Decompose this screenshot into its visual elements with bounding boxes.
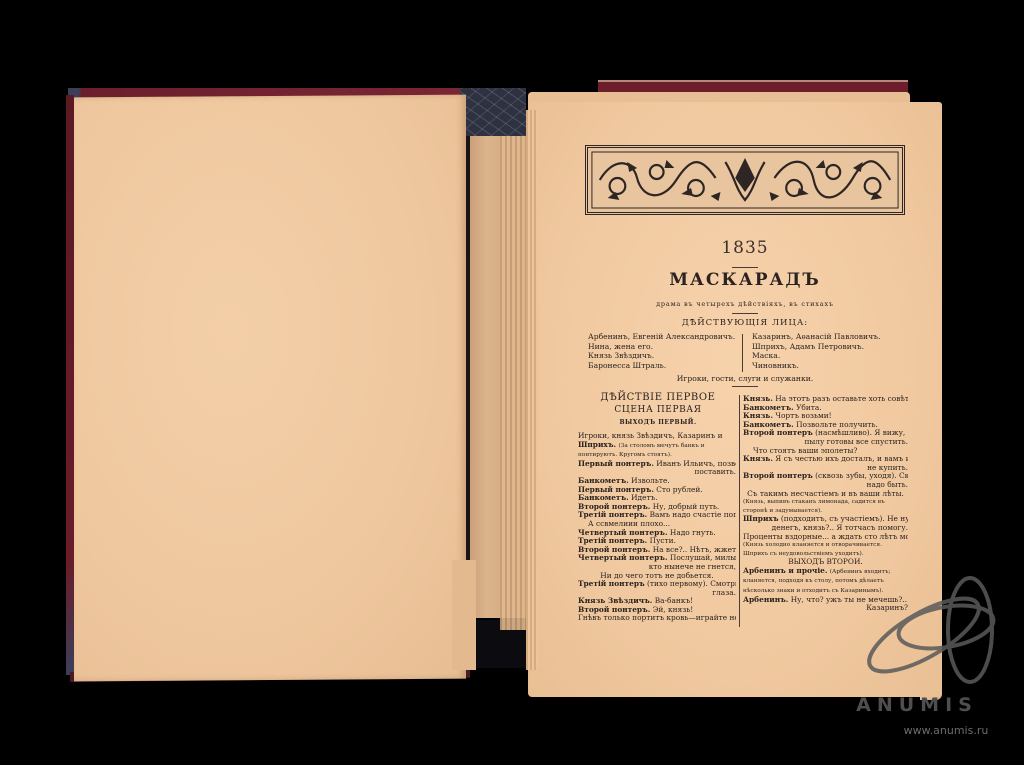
dialogue-line: Четвертый понтеръ. Надо гнуть.: [578, 529, 736, 538]
cast-heading: ДѢЙСТВУЮЩІЯ ЛИЦА:: [580, 318, 910, 328]
dialogue-line: (Князь, выпивъ стаканъ лимонада, садится…: [743, 498, 908, 515]
divider-rule: [732, 386, 758, 387]
column-divider: [739, 395, 740, 627]
line-text: На все?.. Нѣтъ, жжется!: [653, 546, 736, 554]
dialogue-line: Игроки, князь Звѣздичъ, Казаринъ и: [578, 432, 736, 441]
line-text: поставить.: [694, 468, 736, 476]
speaker-name: Третій понтеръ.: [578, 511, 647, 519]
speaker-name: Князь.: [743, 412, 773, 420]
line-text: (Князь холодно кланяется и отворачиваетс…: [743, 542, 882, 557]
line-text: (сквозь зубы, уходя). Скромнѣй бы: [815, 472, 908, 480]
dialogue-line: Третій понтеръ (тихо первому). Смотри во…: [578, 580, 736, 589]
dialogue-line: Второй понтеръ. На все?.. Нѣтъ, жжется!: [578, 546, 736, 555]
dialogue-line: денегъ, князь?.. Я тотчасъ помогу.: [743, 524, 908, 533]
line-text: не купить.: [867, 464, 908, 472]
line-text: пылу готовы все спустить.: [804, 438, 908, 446]
dialogue-line: Первый понтеръ. Иванъ Ильичъ, позвольте …: [578, 460, 736, 469]
dialogue-line: Третій понтеръ. Вамъ надо счастіе поправ…: [578, 511, 736, 520]
dialogue-line: Банкометъ. Убита.: [743, 404, 908, 413]
floral-scroll-icon: [588, 148, 902, 212]
cast-member: Чиновникъ.: [752, 361, 907, 371]
speaker-name: Шприхъ.: [578, 441, 616, 449]
line-text: Эй, князь!: [653, 606, 694, 614]
speaker-name: Второй понтеръ.: [578, 503, 650, 511]
line-text: Ни до чего тотъ не добьется.: [600, 572, 713, 580]
line-text: Надо гнуть.: [670, 529, 716, 537]
spine-binding-threads: [500, 130, 528, 630]
line-text: Ну, добрый путь.: [653, 503, 720, 511]
line-text: Убита.: [796, 404, 822, 412]
dialogue-line: Съ такимъ несчастіемъ и въ ваши лѣты.: [743, 490, 908, 499]
line-text: Послушай, милый другъ:: [670, 554, 736, 562]
cast-member: Казаринъ, Аѳанасій Павловичъ.: [752, 332, 907, 342]
line-text: Ва-банкъ!: [655, 597, 693, 605]
dialogue-line: пылу готовы все спустить.: [743, 438, 908, 447]
speaker-name: Банкометъ.: [578, 477, 629, 485]
line-text: Пусти.: [650, 537, 676, 545]
cast-member: Шприхъ, Адамъ Петровичъ.: [752, 342, 907, 352]
dialogue-line: кто нынече не гнется,: [578, 563, 736, 572]
play-title: МАСКАРАДЪ: [580, 270, 910, 290]
line-text: ВЫХОДЪ ВТОРОЙ.: [788, 558, 863, 566]
dialogue-line: Третій понтеръ. Пусти.: [578, 537, 736, 546]
dialogue-line: Четвертый понтеръ. Послушай, милый другъ…: [578, 554, 736, 563]
line-text: надо быть.: [867, 481, 908, 489]
line-text: А ссвмелиии плохо...: [588, 520, 670, 528]
speaker-name: Банкометъ.: [578, 494, 629, 502]
cast-member: Князь Звѣздичъ.: [588, 351, 738, 361]
line-text: Что стоятъ ваши эполеты?: [753, 447, 857, 455]
line-text: Сто рублей.: [656, 486, 702, 494]
line-text: На этотъ разъ оставьте хоть совѣты,: [775, 395, 908, 403]
speaker-name: Князь.: [743, 455, 773, 463]
line-text: Гнѣвъ только портитъ кровь—играйте не се…: [578, 614, 736, 622]
dialogue-line: поставить.: [578, 468, 736, 477]
cast-list-right: Казаринъ, Аѳанасій Павловичъ. Шприхъ, Ад…: [752, 332, 907, 370]
divider-rule: [732, 267, 758, 268]
speaker-name: Четвертый понтеръ.: [578, 529, 668, 537]
left-endpaper: [74, 95, 466, 682]
line-text: кто нынече не гнется,: [649, 563, 736, 571]
dialogue-line: Банкометъ. Позвольте получить.: [743, 421, 908, 430]
line-text: Проценты вздорные... а ждать сто лѣтъ мо…: [743, 533, 908, 541]
dialogue-line: Ни до чего тотъ не добьется.: [578, 572, 736, 581]
cast-list-left: Арбенинъ, Евгеній Александровичъ. Нина, …: [588, 332, 738, 370]
line-text: (подходитъ, съ участіемъ). Не нужно ль: [781, 515, 908, 523]
dialogue-line: Проценты вздорные... а ждать сто лѣтъ мо…: [743, 533, 908, 542]
text-column-left: Игроки, князь Звѣздичъ, Казаринъ и Шприх…: [578, 432, 736, 623]
left-page-flap: [452, 560, 476, 670]
entry-heading: ВЫХОДЪ ПЕРВЫЙ.: [578, 419, 738, 426]
line-text: денегъ, князь?.. Я тотчасъ помогу.: [772, 524, 908, 532]
cast-extras: Игроки, гости, слуги и служанки.: [580, 374, 910, 383]
ornamental-headpiece: [585, 145, 905, 215]
book-cover-left-edge: [66, 95, 74, 675]
line-text: Съ такимъ несчастіемъ и въ ваши лѣты.: [747, 490, 904, 498]
dialogue-line: Шприхъ. (За столомъ мечутъ банкъ и понти…: [578, 441, 736, 460]
dialogue-line: Банкометъ. Извольте.: [578, 477, 736, 486]
dialogue-line: не купить.: [743, 464, 908, 473]
line-text: (насмѣшливо). Я вижу, вы въ: [815, 429, 908, 437]
line-text: Чортъ возьми!: [775, 412, 831, 420]
cast-divider: [742, 334, 743, 372]
line-text: Я съ честью ихъ досталъ, и вамъ ихъ: [775, 455, 908, 463]
line-text: (тихо первому). Смотри во всѣ: [647, 580, 736, 588]
dialogue-line: Второй понтеръ. Ну, добрый путь.: [578, 503, 736, 512]
speaker-name: Банкометъ.: [743, 404, 794, 412]
dialogue-line: Князь. Чортъ возьми!: [743, 412, 908, 421]
dialogue-line: глаза.: [578, 589, 736, 598]
speaker-name: Второй понтеръ.: [578, 546, 650, 554]
speaker-name: Шприхъ: [743, 515, 779, 523]
speaker-name: Игроки, князь Звѣздичъ, Казаринъ и: [578, 432, 723, 440]
dialogue-line: Гнѣвъ только портитъ кровь—играйте не се…: [578, 614, 736, 623]
divider-rule: [732, 313, 758, 314]
cast-member: Нина, жена его.: [588, 342, 738, 352]
speaker-name: Второй понтеръ: [743, 472, 813, 480]
dialogue-line: Второй понтеръ. Эй, князь!: [578, 606, 736, 615]
dialogue-line: Князь. На этотъ разъ оставьте хоть совѣт…: [743, 395, 908, 404]
speaker-name: Первый понтеръ.: [578, 486, 654, 494]
watermark-brand: ANUMIS: [832, 694, 1002, 716]
speaker-name: Третій понтеръ.: [578, 537, 647, 545]
dialogue-line: надо быть.: [743, 481, 908, 490]
speaker-name: Третій понтеръ: [578, 580, 645, 588]
scene-heading: СЦЕНА ПЕРВАЯ: [578, 405, 738, 415]
dialogue-line: Второй понтеръ (насмѣшливо). Я вижу, вы …: [743, 429, 908, 438]
dialogue-line: Первый понтеръ. Сто рублей.: [578, 486, 736, 495]
speaker-name: Арбенинъ и прочіе.: [743, 567, 827, 575]
dialogue-line: (Князь холодно кланяется и отворачиваетс…: [743, 541, 908, 558]
speaker-name: Арбенинъ.: [743, 596, 788, 604]
line-text: (Князь, выпивъ стаканъ лимонада, садится…: [743, 499, 885, 514]
line-text: Иванъ Ильичъ, позвольте мнѣ: [656, 460, 736, 468]
speaker-name: Первый понтеръ.: [578, 460, 654, 468]
play-subtitle: драма въ четырехъ дѣйствіяхъ, въ стихахъ: [580, 300, 910, 308]
speaker-name: Четвертый понтеръ.: [578, 554, 668, 562]
dialogue-line: ВЫХОДЪ ВТОРОЙ.: [743, 558, 908, 567]
line-text: Идетъ.: [631, 494, 658, 502]
line-text: Вамъ надо счастіе поправить,: [650, 511, 736, 519]
speaker-name: Второй понтеръ: [743, 429, 813, 437]
page-gutter-edges: [526, 110, 538, 670]
speaker-name: Второй понтеръ.: [578, 606, 650, 614]
cast-member: Арбенинъ, Евгеній Александровичъ.: [588, 332, 738, 342]
speaker-name: Князь Звѣздичъ.: [578, 597, 652, 605]
dialogue-line: Шприхъ (подходитъ, съ участіемъ). Не нуж…: [743, 515, 908, 524]
speaker-name: Князь.: [743, 395, 773, 403]
line-text: глаза.: [712, 589, 736, 597]
line-text: Извольте.: [631, 477, 670, 485]
dialogue-line: Банкометъ. Идетъ.: [578, 494, 736, 503]
line-text: Позвольте получить.: [796, 421, 878, 429]
watermark-url: www.anumis.ru: [886, 724, 1006, 737]
act-heading: ДѢЙСТВІЕ ПЕРВОЕ: [578, 392, 738, 403]
speaker-name: Банкометъ.: [743, 421, 794, 429]
cast-member: Маска.: [752, 351, 907, 361]
publication-year: 1835: [580, 238, 910, 258]
watermark-logo-icon: [862, 575, 1002, 685]
dialogue-line: Второй понтеръ (сквозь зубы, уходя). Скр…: [743, 472, 908, 481]
dialogue-line: Князь. Я съ честью ихъ досталъ, и вамъ и…: [743, 455, 908, 464]
spine-cloth: [460, 88, 526, 136]
dialogue-line: Князь Звѣздичъ. Ва-банкъ!: [578, 597, 736, 606]
dialogue-line: Что стоятъ ваши эполеты?: [743, 447, 908, 456]
dialogue-line: А ссвмелиии плохо...: [578, 520, 736, 529]
cast-member: Баронесса Штраль.: [588, 361, 738, 371]
